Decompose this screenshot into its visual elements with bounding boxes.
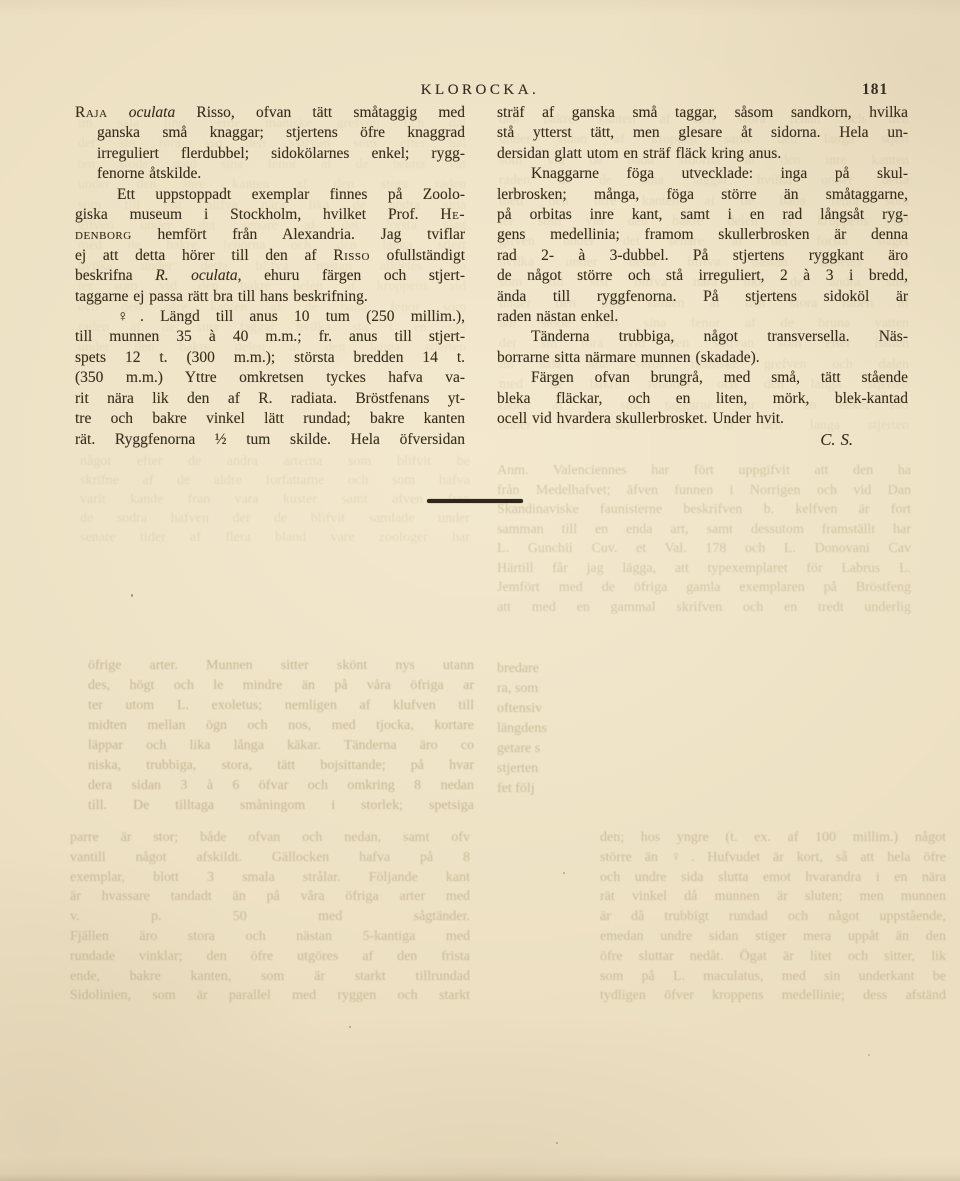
showthrough-line: fet följ [497,779,571,799]
text-line: borrarne sitta närmare munnen (skadade). [497,348,908,368]
showthrough-line: dera sidan 3 à 6 öfvar och omkring 8 ned… [88,776,474,796]
text-line: Raja oculata Risso, ofvan tätt småtaggig… [75,103,465,123]
text-line: rät. Ryggfenorna ½ tum skilde. Hela öfve… [75,430,465,450]
showthrough-line: midten mellan ögn och nos, med tjocka, k… [88,716,474,736]
showthrough-line: tydligen öfver kroppens medellinie; dess… [600,986,946,1006]
showthrough-line: till. De tilltaga småningom i storlek; s… [88,796,474,816]
showthrough-line: är då trubbigt rundad och något uppståen… [600,907,946,927]
showthrough-line: des, högt och le mindre än på våra öfrig… [88,676,474,696]
text-line: ganska små knaggar; stjertens öfre knagg… [75,123,465,143]
showthrough-line: att med en gammal skrifven och en tredt … [497,598,911,618]
showthrough-line: exemplar, blott 3 smala strålar. Följand… [70,868,470,888]
showthrough-line: v. p. 50 med sågtänder. [70,907,470,927]
showthrough-line: rät vinkel då munnen är sluten; men munn… [600,887,946,907]
text-line: Färgen ofvan brungrå, med små, tätt ståe… [497,368,908,388]
section-divider-rule [427,499,523,503]
text-line: beskrifna R. oculata, ehuru färgen och s… [75,266,465,286]
showthrough-line: öfre sluttar nedåt. Ögat är litet och si… [600,947,946,967]
text-line: irreguliert flerdubbel; sidokölarnes enk… [75,144,465,164]
showthrough-line: samman till en enda art, samt dessutom f… [497,520,911,540]
text-line: sträf af ganska små taggar, såsom sandko… [497,103,908,123]
text-line: Ett uppstoppadt exemplar finnes på Zoolo… [75,185,465,205]
paper-speck [563,872,565,874]
showthrough-line: senare tider af flera bland vare zoologe… [80,528,470,547]
text-line: ♀. Längd till anus 10 tum (250 millim.), [75,307,465,327]
showthrough-text-bottom-left: parre är stor; både ofvan och nedan, sam… [70,828,470,1006]
showthrough-line: skrifne af de aldre forfattarne och som … [80,471,470,490]
text-line: ända till ryggfenorna. På stjertens sido… [497,287,908,307]
showthrough-line: L. Gunchii Cuv. et Val. 178 och L. Donov… [497,539,911,559]
text-line: stå ytterst tätt, men glesare åt sidorna… [497,123,908,143]
text-line: bleka fläckar, och en liten, mörk, blek-… [497,389,908,409]
showthrough-line: öfrige arter. Munnen sitter skönt nys ut… [88,656,474,676]
showthrough-line: Sidolinien, som är parallel med ryggen o… [70,986,470,1006]
showthrough-line: emedan undre sidan stiger mera uppåt än … [600,927,946,947]
showthrough-line: som på L. maculatus, med sin underkant b… [600,967,946,987]
text-line: rad 2- à 3-dubbel. På stjertens ryggkant… [497,246,908,266]
left-column: Raja oculata Risso, ofvan tätt småtaggig… [75,103,465,450]
book-page: im sala line verde maniske grefven och d… [0,0,960,1181]
text-line: taggarne ej passa rätt bra till hans bes… [75,287,465,307]
text-line: Knaggarne föga utvecklade: inga på skul- [497,164,908,184]
right-column: sträf af ganska små taggar, såsom sandko… [497,103,908,450]
text-line: de något större och stå irreguliert, 2 à… [497,266,908,286]
showthrough-line: Skandinaviske faunisterne beskrifven b. … [497,500,911,520]
text-line: gens medellinia; framom skullerbrosken ä… [497,225,908,245]
showthrough-text-lower-fragment: bredarera, somoftensivlängdensgetare sst… [497,659,571,799]
showthrough-line: ende, bakre kanten, som är starkt tillru… [70,967,470,987]
showthrough-line: är hvassare tandadt än på våra öfriga ar… [70,887,470,907]
showthrough-text-lower-left: öfrige arter. Munnen sitter skönt nys ut… [88,656,474,816]
text-line: ocell vid hvardera skullerbrosket. Under… [497,409,908,429]
showthrough-text-mid-left: något efter de andra arterna som blifvit… [80,452,470,547]
text-line: dersidan glatt utom en sträf fläck kring… [497,144,908,164]
text-line: tre och bakre vinkel lätt rundad; bakre … [75,409,465,429]
text-line: spets 12 t. (300 m.m.); största bredden … [75,348,465,368]
text-line: ej att detta hörer till den af Risso ofu… [75,246,465,266]
showthrough-line: niska, trubbiga, stora, tätt bojsittande… [88,756,474,776]
page-number: 181 [862,81,908,99]
paper-speck [556,1142,558,1144]
showthrough-line: vantill något afskildt. Gällocken hafva … [70,848,470,868]
showthrough-line: oftensiv [497,699,571,719]
showthrough-text-mid-right: Anm. Valenciennes har fört uppgifvit att… [497,461,911,617]
showthrough-line: större än ♀. Hufvudet är kort, så att he… [600,848,946,868]
showthrough-text-bottom-right: den; hos yngre (t. ex. af 100 millim.) n… [600,828,946,1006]
text-line: giska museum i Stockholm, hvilket Prof. … [75,205,465,225]
text-line: fenorne åtskilde. [75,164,465,184]
showthrough-line: parre är stor; både ofvan och nedan, sam… [70,828,470,848]
showthrough-line: längdens [497,719,571,739]
text-line: C. S. [497,430,908,450]
running-head-title: KLOROCKA. [0,82,960,99]
showthrough-line: Anm. Valenciennes har fört uppgifvit att… [497,461,911,481]
paper-speck [131,594,133,597]
text-line: på orbitas inre kant, samt i en rad lång… [497,205,908,225]
showthrough-line: ra, som [497,679,571,699]
showthrough-line: stjerten [497,759,571,779]
showthrough-line: getare s [497,739,571,759]
text-line: (350 m.m.) Yttre omkretsen tyckes hafva … [75,368,465,388]
showthrough-line: något efter de andra arterna som blifvit… [80,452,470,471]
text-line: denborg hemfört från Alexandria. Jag tvi… [75,225,465,245]
text-line: till munnen 35 à 40 m.m.; fr. anus till … [75,327,465,347]
showthrough-line: Härtill får jag lägga, att typexemplaret… [497,559,911,579]
text-line: Tänderna trubbiga, något transversella. … [497,327,908,347]
showthrough-line: och undre sida slutta emot hvarandra i e… [600,868,946,888]
showthrough-line: de sodra hafven der de blifvit samlade u… [80,509,470,528]
showthrough-line: den; hos yngre (t. ex. af 100 millim.) n… [600,828,946,848]
showthrough-line: Fjällen äro stora och nästan 5-kantiga m… [70,927,470,947]
text-line: rit nära lik den af R. radiata. Bröstfen… [75,389,465,409]
showthrough-line: varit kande fran vara kuster samt afven … [80,490,470,509]
text-line: raden nästan enkel. [497,307,908,327]
paper-speck [349,1026,351,1028]
showthrough-line: från Medelhafvet; äfven funnen i Norrige… [497,481,911,501]
showthrough-line: rundade vinklar; den öfre utgöres af den… [70,947,470,967]
showthrough-line: Jemfört med de öfriga gamla exemplaren p… [497,578,911,598]
text-line: lerbrosken; många, föga större än småtag… [497,185,908,205]
showthrough-line: ter utom L. exoletus; nemligen af klufve… [88,696,474,716]
showthrough-line: läppar och lika långa käkar. Tänderna är… [88,736,474,756]
paper-speck [868,1054,870,1056]
showthrough-line: bredare [497,659,571,679]
